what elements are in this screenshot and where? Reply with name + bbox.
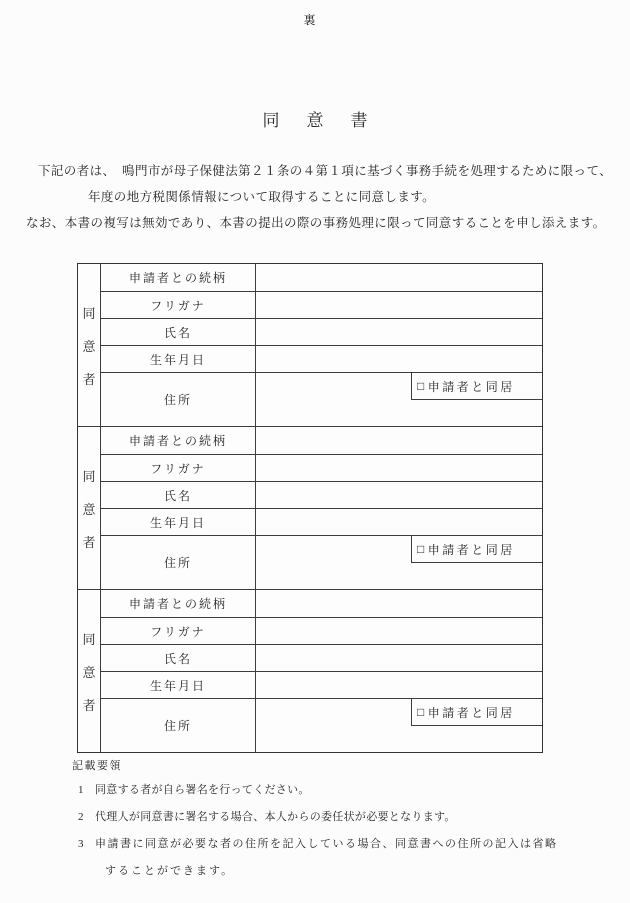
table-row-address: 住所 □ 申請者と同居 [101, 698, 542, 752]
furigana-input-cell [256, 618, 542, 644]
note-item: 2 代理人が同意書に署名する場合、本人からの委任状が必要となります。 [78, 811, 558, 838]
row-label-address: 住所 [101, 536, 256, 589]
consenter-section-2: 同 意 者 申請者との続柄 フリガナ 氏名 生年月日 [78, 426, 542, 589]
furigana-input-cell [256, 292, 542, 318]
row-label-relationship: 申請者との続柄 [101, 264, 256, 291]
table-row: 氏名 [101, 481, 542, 508]
note-item-number: 2 [78, 811, 95, 824]
name-input-cell [256, 645, 542, 671]
table-row: 氏名 [101, 644, 542, 671]
row-label-birthdate: 生年月日 [101, 346, 256, 372]
intro-line-3: なお、本書の複写は無効であり、本書の提出の際の事務処理に限って同意することを申し… [26, 216, 606, 231]
consenters-table: 同 意 者 申請者との続柄 フリガナ 氏名 生年月日 [77, 263, 543, 753]
name-input-cell [256, 482, 542, 508]
address-input-cell: □ 申請者と同居 [256, 373, 542, 426]
note-item-continuation: することができます。 [78, 865, 558, 892]
relationship-input-cell [256, 427, 542, 454]
group-label-char: 同 [82, 466, 95, 485]
row-label-furigana: フリガナ [101, 618, 256, 644]
birthdate-input-cell [256, 346, 542, 372]
table-row-address: 住所 □ 申請者と同居 [101, 535, 542, 589]
note-item: 3 申請書に同意が必要な者の住所を記入している場合、同意書への住所の記入は省略 [78, 838, 558, 865]
row-label-address: 住所 [101, 699, 256, 752]
row-label-name: 氏名 [101, 482, 256, 508]
notes-heading: 記載要領 [72, 757, 122, 773]
cohabit-option-cell: □ 申請者と同居 [411, 536, 542, 563]
table-row: フリガナ [101, 454, 542, 481]
intro-line-2: 年度の地方税関係情報について取得することに同意します。 [88, 190, 435, 205]
group-label-char: 意 [82, 662, 95, 681]
group-label-char: 同 [82, 303, 95, 322]
consenter-rows: 申請者との続柄 フリガナ 氏名 生年月日 住所 [101, 590, 542, 752]
table-row: フリガナ [101, 291, 542, 318]
row-label-relationship: 申請者との続柄 [101, 427, 256, 454]
consenter-group-label: 同 意 者 [78, 264, 101, 426]
note-item-text: 申請書に同意が必要な者の住所を記入している場合、同意書への住所の記入は省略 [95, 838, 558, 851]
group-label-char: 者 [82, 695, 95, 714]
consenter-section-1: 同 意 者 申請者との続柄 フリガナ 氏名 生年月日 [78, 264, 542, 426]
birthdate-input-cell [256, 509, 542, 535]
cohabit-option-cell: □ 申請者と同居 [411, 699, 542, 726]
furigana-input-cell [256, 455, 542, 481]
row-label-birthdate: 生年月日 [101, 672, 256, 698]
relationship-input-cell [256, 590, 542, 617]
intro-line-1: 下記の者は、 鳴門市が母子保健法第２１条の４第１項に基づく事務手続を処理するため… [38, 164, 612, 179]
note-item-number: 3 [78, 838, 95, 851]
row-label-address: 住所 [101, 373, 256, 426]
consenter-section-3: 同 意 者 申請者との続柄 フリガナ 氏名 生年月日 [78, 589, 542, 752]
note-item-text: 同意する者が自ら署名を行ってください。 [95, 784, 310, 797]
note-item-number: 1 [78, 784, 95, 797]
address-input-cell: □ 申請者と同居 [256, 699, 542, 752]
consenter-rows: 申請者との続柄 フリガナ 氏名 生年月日 住所 [101, 427, 542, 589]
table-row: 生年月日 [101, 671, 542, 698]
row-label-name: 氏名 [101, 319, 256, 345]
address-input-cell: □ 申請者と同居 [256, 536, 542, 589]
cohabit-option-label: 申請者と同居 [428, 378, 515, 395]
group-label-char: 者 [82, 532, 95, 551]
table-row: 生年月日 [101, 508, 542, 535]
consenter-rows: 申請者との続柄 フリガナ 氏名 生年月日 住所 [101, 264, 542, 426]
table-row: 申請者との続柄 [101, 590, 542, 617]
group-label-char: 者 [82, 369, 95, 388]
row-label-name: 氏名 [101, 645, 256, 671]
note-item-text: することができます。 [105, 865, 234, 878]
relationship-input-cell [256, 264, 542, 291]
checkbox-icon: □ [417, 542, 427, 557]
table-row: 申請者との続柄 [101, 264, 542, 291]
birthdate-input-cell [256, 672, 542, 698]
checkbox-icon: □ [417, 705, 427, 720]
row-label-relationship: 申請者との続柄 [101, 590, 256, 617]
note-item: 1 同意する者が自ら署名を行ってください。 [78, 784, 558, 811]
group-label-char: 意 [82, 499, 95, 518]
table-row: フリガナ [101, 617, 542, 644]
table-row: 生年月日 [101, 345, 542, 372]
checkbox-icon: □ [417, 379, 427, 394]
group-label-char: 意 [82, 336, 95, 355]
notes-list: 1 同意する者が自ら署名を行ってください。 2 代理人が同意書に署名する場合、本… [78, 784, 558, 892]
name-input-cell [256, 319, 542, 345]
row-label-birthdate: 生年月日 [101, 509, 256, 535]
note-item-text: 代理人が同意書に署名する場合、本人からの委任状が必要となります。 [95, 811, 456, 824]
table-row: 申請者との続柄 [101, 427, 542, 454]
group-label-char: 同 [82, 629, 95, 648]
consent-form-page: 裏 同 意 書 下記の者は、 鳴門市が母子保健法第２１条の４第１項に基づく事務手… [0, 0, 630, 903]
cohabit-option-cell: □ 申請者と同居 [411, 373, 542, 400]
row-label-furigana: フリガナ [101, 455, 256, 481]
consenter-group-label: 同 意 者 [78, 590, 101, 752]
table-row: 氏名 [101, 318, 542, 345]
table-row-address: 住所 □ 申請者と同居 [101, 372, 542, 426]
page-side-marker: 裏 [0, 11, 620, 28]
cohabit-option-label: 申請者と同居 [428, 704, 515, 721]
document-title: 同 意 書 [0, 106, 630, 131]
consenter-group-label: 同 意 者 [78, 427, 101, 589]
cohabit-option-label: 申請者と同居 [428, 541, 515, 558]
row-label-furigana: フリガナ [101, 292, 256, 318]
